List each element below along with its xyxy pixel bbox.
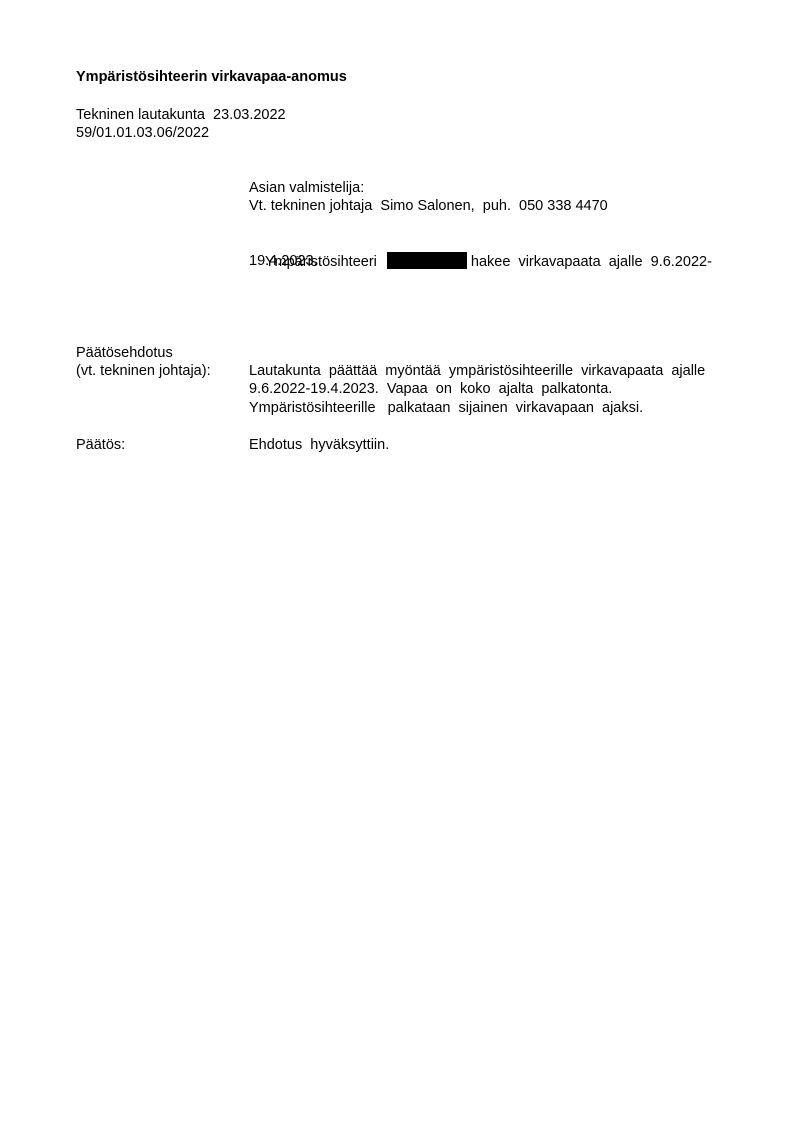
decision-text: Ehdotus hyväksyttiin.	[249, 436, 389, 454]
proposal-text-line: Lautakunta päättää myöntää ympäristösiht…	[249, 362, 705, 380]
matter-line-1: Ympäristösihteerihakee virkavapaata ajal…	[249, 234, 712, 252]
matter-text-after: hakee virkavapaata ajalle 9.6.2022-	[471, 254, 712, 270]
proposal-label-1: Päätösehdotus	[76, 344, 173, 362]
redacted-name-box	[387, 252, 467, 269]
proposal-text-line: Ympäristösihteerille palkataan sijainen …	[249, 399, 643, 417]
preparer-name: Vt. tekninen johtaja Simo Salonen, puh. …	[249, 197, 608, 215]
proposal-label-2: (vt. tekninen johtaja):	[76, 362, 211, 380]
decision-label: Päätös:	[76, 436, 125, 454]
document-title: Ympäristösihteerin virkavapaa-anomus	[76, 68, 347, 86]
proposal-text-line: 9.6.2022-19.4.2023. Vapaa on koko ajalta…	[249, 380, 612, 398]
meeting-info: Tekninen lautakunta 23.03.2022	[76, 106, 286, 124]
matter-line-2: 19.4.2023.	[249, 252, 318, 270]
preparer-label: Asian valmistelija:	[249, 179, 364, 197]
record-number: 59/01.01.03.06/2022	[76, 124, 209, 142]
